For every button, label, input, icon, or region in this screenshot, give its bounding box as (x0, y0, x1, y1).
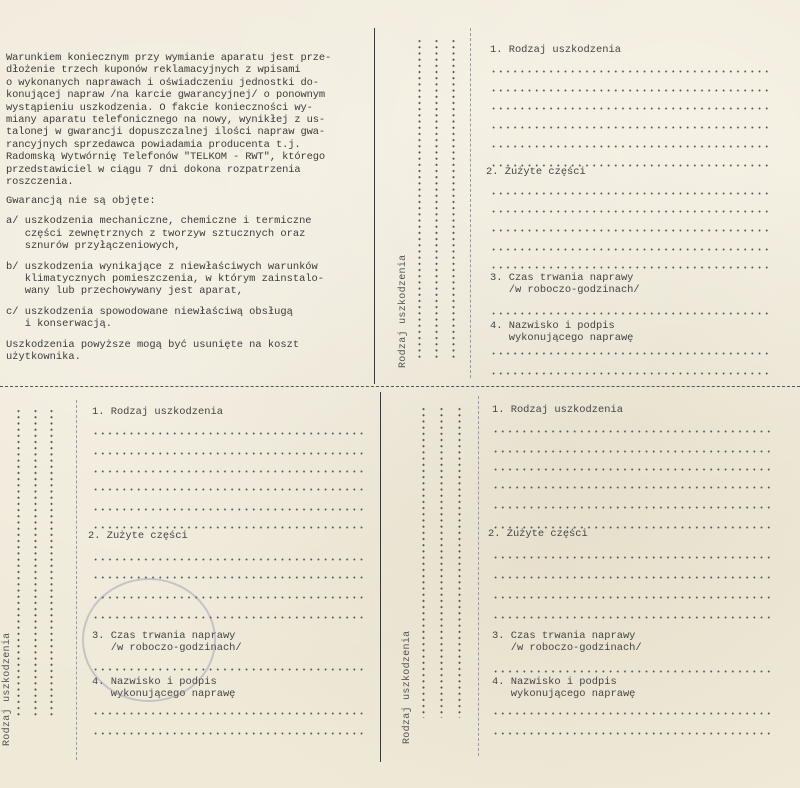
dotline-damage-type[interactable] (490, 89, 770, 92)
side-label-rotated: Rodzaj uszkodzenia (2, 633, 13, 746)
dotline-damage-type[interactable] (92, 432, 367, 435)
dotline-damage-type[interactable] (490, 145, 770, 148)
dotline-damage-type[interactable] (490, 107, 770, 110)
side-label-rotated: Rodzaj uszkodzenia (402, 631, 413, 744)
field-damage-type-label: 1. Rodzaj uszkodzenia (92, 406, 223, 418)
dotline-technician-signature[interactable] (490, 372, 770, 375)
dotted-column (440, 406, 443, 718)
dotted-column (50, 408, 53, 718)
field-technician-signature-label: 4. Nazwisko i podpis wykonującego napraw… (492, 676, 635, 701)
field-damage-type-label: 1. Rodzaj uszkodzenia (492, 404, 623, 416)
field-repair-time-label: 3. Czas trwania naprawy /w roboczo-godzi… (492, 630, 642, 655)
dotline-damage-type[interactable] (92, 470, 367, 473)
field-damage-type-label: 1. Rodzaj uszkodzenia (490, 44, 621, 56)
dotline-damage-type[interactable] (92, 488, 367, 491)
ink-stamp (82, 578, 216, 702)
field-repair-time-label: 3. Czas trwania naprawy /w roboczo-godzi… (490, 272, 640, 297)
divider-vertical-top (374, 28, 375, 384)
dotline-damage-type[interactable] (92, 526, 367, 529)
exclusion-item: c/ uszkodzenia spowodowane niewłaściwą o… (6, 306, 376, 331)
dotline-damage-type[interactable] (490, 126, 770, 129)
dotline-parts-used[interactable] (490, 248, 770, 251)
dotline-damage-type[interactable] (492, 506, 774, 509)
inner-dashed-divider (76, 400, 77, 760)
dotline-repair-time[interactable] (492, 670, 774, 673)
inner-dashed-divider (478, 396, 479, 756)
dotline-repair-time[interactable] (490, 312, 770, 315)
field-parts-used-label: 2. Zużyte części (488, 528, 588, 540)
exclusion-item: a/ uszkodzenia mechaniczne, chemiczne i … (6, 215, 376, 252)
dotline-technician-signature[interactable] (492, 712, 774, 715)
dotline-parts-used[interactable] (490, 266, 770, 269)
dotline-parts-used[interactable] (490, 229, 770, 232)
dotline-parts-used[interactable] (92, 558, 367, 561)
dotline-damage-type[interactable] (92, 508, 367, 511)
dotline-technician-signature[interactable] (92, 712, 367, 715)
warranty-exclusions: Gwarancją nie są objęte: a/ uszkodzenia … (6, 195, 376, 363)
dotline-damage-type[interactable] (492, 450, 774, 453)
field-technician-signature-label: 4. Nazwisko i podpis wykonującego napraw… (490, 320, 633, 345)
dotted-column (458, 406, 461, 718)
dotline-parts-used[interactable] (490, 210, 770, 213)
dotline-parts-used[interactable] (492, 596, 774, 599)
dotline-damage-type[interactable] (92, 452, 367, 455)
dotted-column (34, 408, 37, 718)
dotline-parts-used[interactable] (492, 576, 774, 579)
dotline-damage-type[interactable] (492, 468, 774, 471)
dotline-technician-signature[interactable] (492, 732, 774, 735)
inner-dashed-divider (470, 28, 471, 378)
dotline-parts-used[interactable] (490, 192, 770, 195)
cut-line-horizontal (0, 386, 800, 387)
dotline-damage-type[interactable] (492, 486, 774, 489)
warranty-conditions-text: Warunkiem koniecznym przy wymianie apara… (6, 52, 376, 188)
dotted-column (418, 38, 421, 360)
exclusions-heading: Gwarancją nie są objęte: (6, 195, 376, 207)
exclusions-footer: Uszkodzenia powyższe mogą być usunięte n… (6, 339, 376, 364)
dotline-parts-used[interactable] (492, 556, 774, 559)
side-label-rotated: Rodzaj uszkodzenia (398, 255, 409, 368)
dotted-column (435, 38, 438, 360)
dotline-parts-used[interactable] (492, 616, 774, 619)
dotted-column (17, 408, 20, 718)
dotline-technician-signature[interactable] (490, 352, 770, 355)
dotline-damage-type[interactable] (490, 70, 770, 73)
exclusion-item: b/ uszkodzenia wynikające z niewłaściwyc… (6, 261, 376, 298)
dotted-column (452, 38, 455, 360)
dotline-damage-type[interactable] (492, 430, 774, 433)
field-parts-used-label: 2. Zużyte części (88, 530, 188, 542)
field-parts-used-label: 2. Zużyte części (486, 166, 586, 178)
divider-vertical-bottom (380, 392, 381, 762)
dotted-column (422, 406, 425, 718)
dotline-technician-signature[interactable] (92, 732, 367, 735)
